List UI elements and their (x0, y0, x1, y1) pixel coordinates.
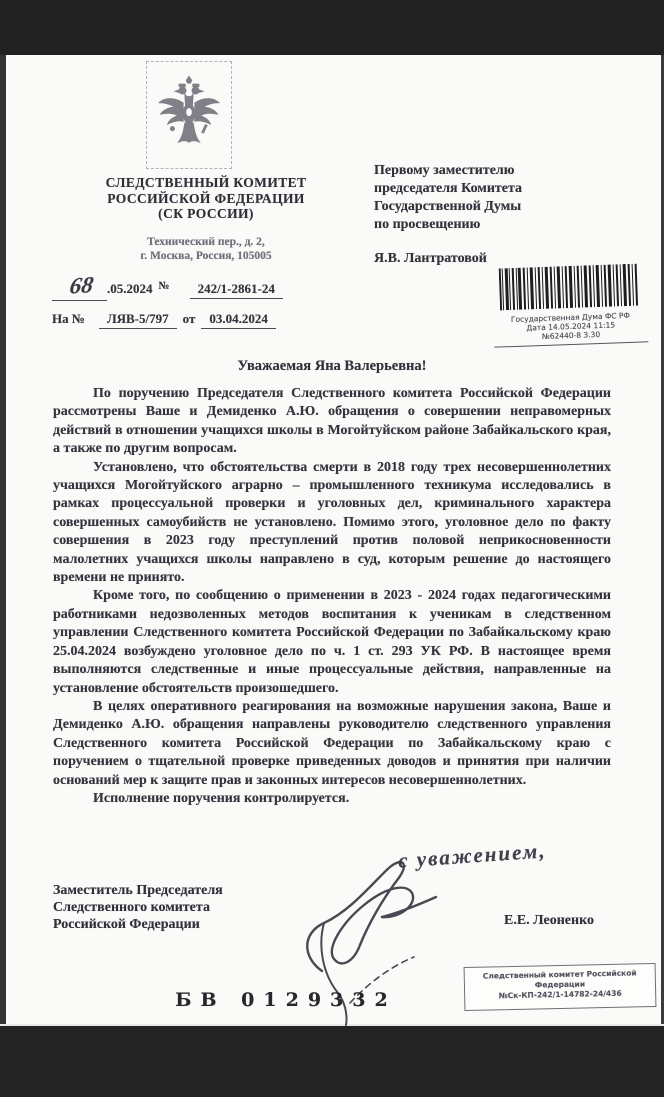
ref-date: 03.04.2024 (201, 311, 276, 329)
signer-title-line2: Следственного комитета (53, 899, 313, 916)
body-paragraph-4: В целях оперативного реагирования на воз… (53, 698, 611, 790)
scanned-letter-page: СЛЕДСТВЕННЫЙ КОМИТЕТ РОССИЙСКОЙ ФЕДЕРАЦИ… (6, 55, 661, 1024)
body-paragraph-1: По поручению Председателя Следственного … (53, 385, 611, 459)
recipient-line: председателя Комитета (374, 180, 646, 198)
ref-number: ЛЯВ-5/797 (99, 311, 177, 329)
handwritten-day: 68 (52, 273, 107, 301)
org-name-line3: (СК РОССИИ) (34, 206, 378, 222)
body-paragraph-5: Исполнение поручения контролируется. (53, 790, 611, 808)
form-number: БВ 0129332 (136, 989, 436, 1011)
letterhead-emblem-box (146, 61, 232, 169)
org-name-line2: РОССИЙСКОЙ ФЕДЕРАЦИИ (34, 191, 378, 207)
ref-from-label: от (183, 311, 196, 326)
ref-label: На № (52, 311, 85, 326)
org-name: СЛЕДСТВЕННЫЙ КОМИТЕТ РОССИЙСКОЙ ФЕДЕРАЦИ… (34, 175, 378, 222)
registration-stamp: Следственный комитет Российской Федераци… (464, 963, 657, 1011)
salutation: Уважаемая Яна Валерьевна! (52, 358, 612, 375)
signer-title-line1: Заместитель Председателя (53, 882, 313, 899)
signer-title: Заместитель Председателя Следственного к… (53, 882, 313, 933)
letter-body: По поручению Председателя Следственного … (53, 385, 611, 808)
double-headed-eagle-icon (153, 69, 225, 161)
org-name-line1: СЛЕДСТВЕННЫЙ КОМИТЕТ (34, 175, 378, 191)
recipient-block: Первому заместителю председателя Комитет… (374, 162, 646, 268)
signature-icon (294, 853, 444, 1045)
outgoing-date-suffix: .05.2024 (107, 281, 153, 296)
recipient-line: по просвещению (374, 216, 646, 234)
body-paragraph-3: Кроме того, по сообщению о применении в … (53, 587, 611, 697)
org-address: Технический пер., д. 2, г. Москва, Росси… (34, 236, 378, 263)
org-address-line1: Технический пер., д. 2, (34, 236, 378, 250)
body-paragraph-2: Установлено, что обстоятельства смерти в… (53, 459, 611, 588)
outgoing-number: 242/1-2861-24 (190, 281, 283, 299)
letterbox-top (0, 0, 664, 55)
number-sign: № (153, 280, 176, 292)
recipient-line: Первому заместителю (374, 162, 646, 180)
signer-title-line3: Российской Федерации (53, 916, 313, 933)
outgoing-number-line: 68.05.2024№242/1-2861-24 (52, 273, 392, 301)
signer-name: Е.Е. Леоненко (504, 913, 654, 929)
recipient-line: Государственной Думы (374, 198, 646, 216)
registration-sticker: Государственная Дума ФС РФ Дата 14.05.20… (492, 263, 649, 347)
org-address-line2: г. Москва, Россия, 105005 (34, 250, 378, 264)
barcode-icon (499, 264, 640, 311)
incoming-ref-line: На №ЛЯВ-5/797от03.04.2024 (52, 311, 392, 329)
